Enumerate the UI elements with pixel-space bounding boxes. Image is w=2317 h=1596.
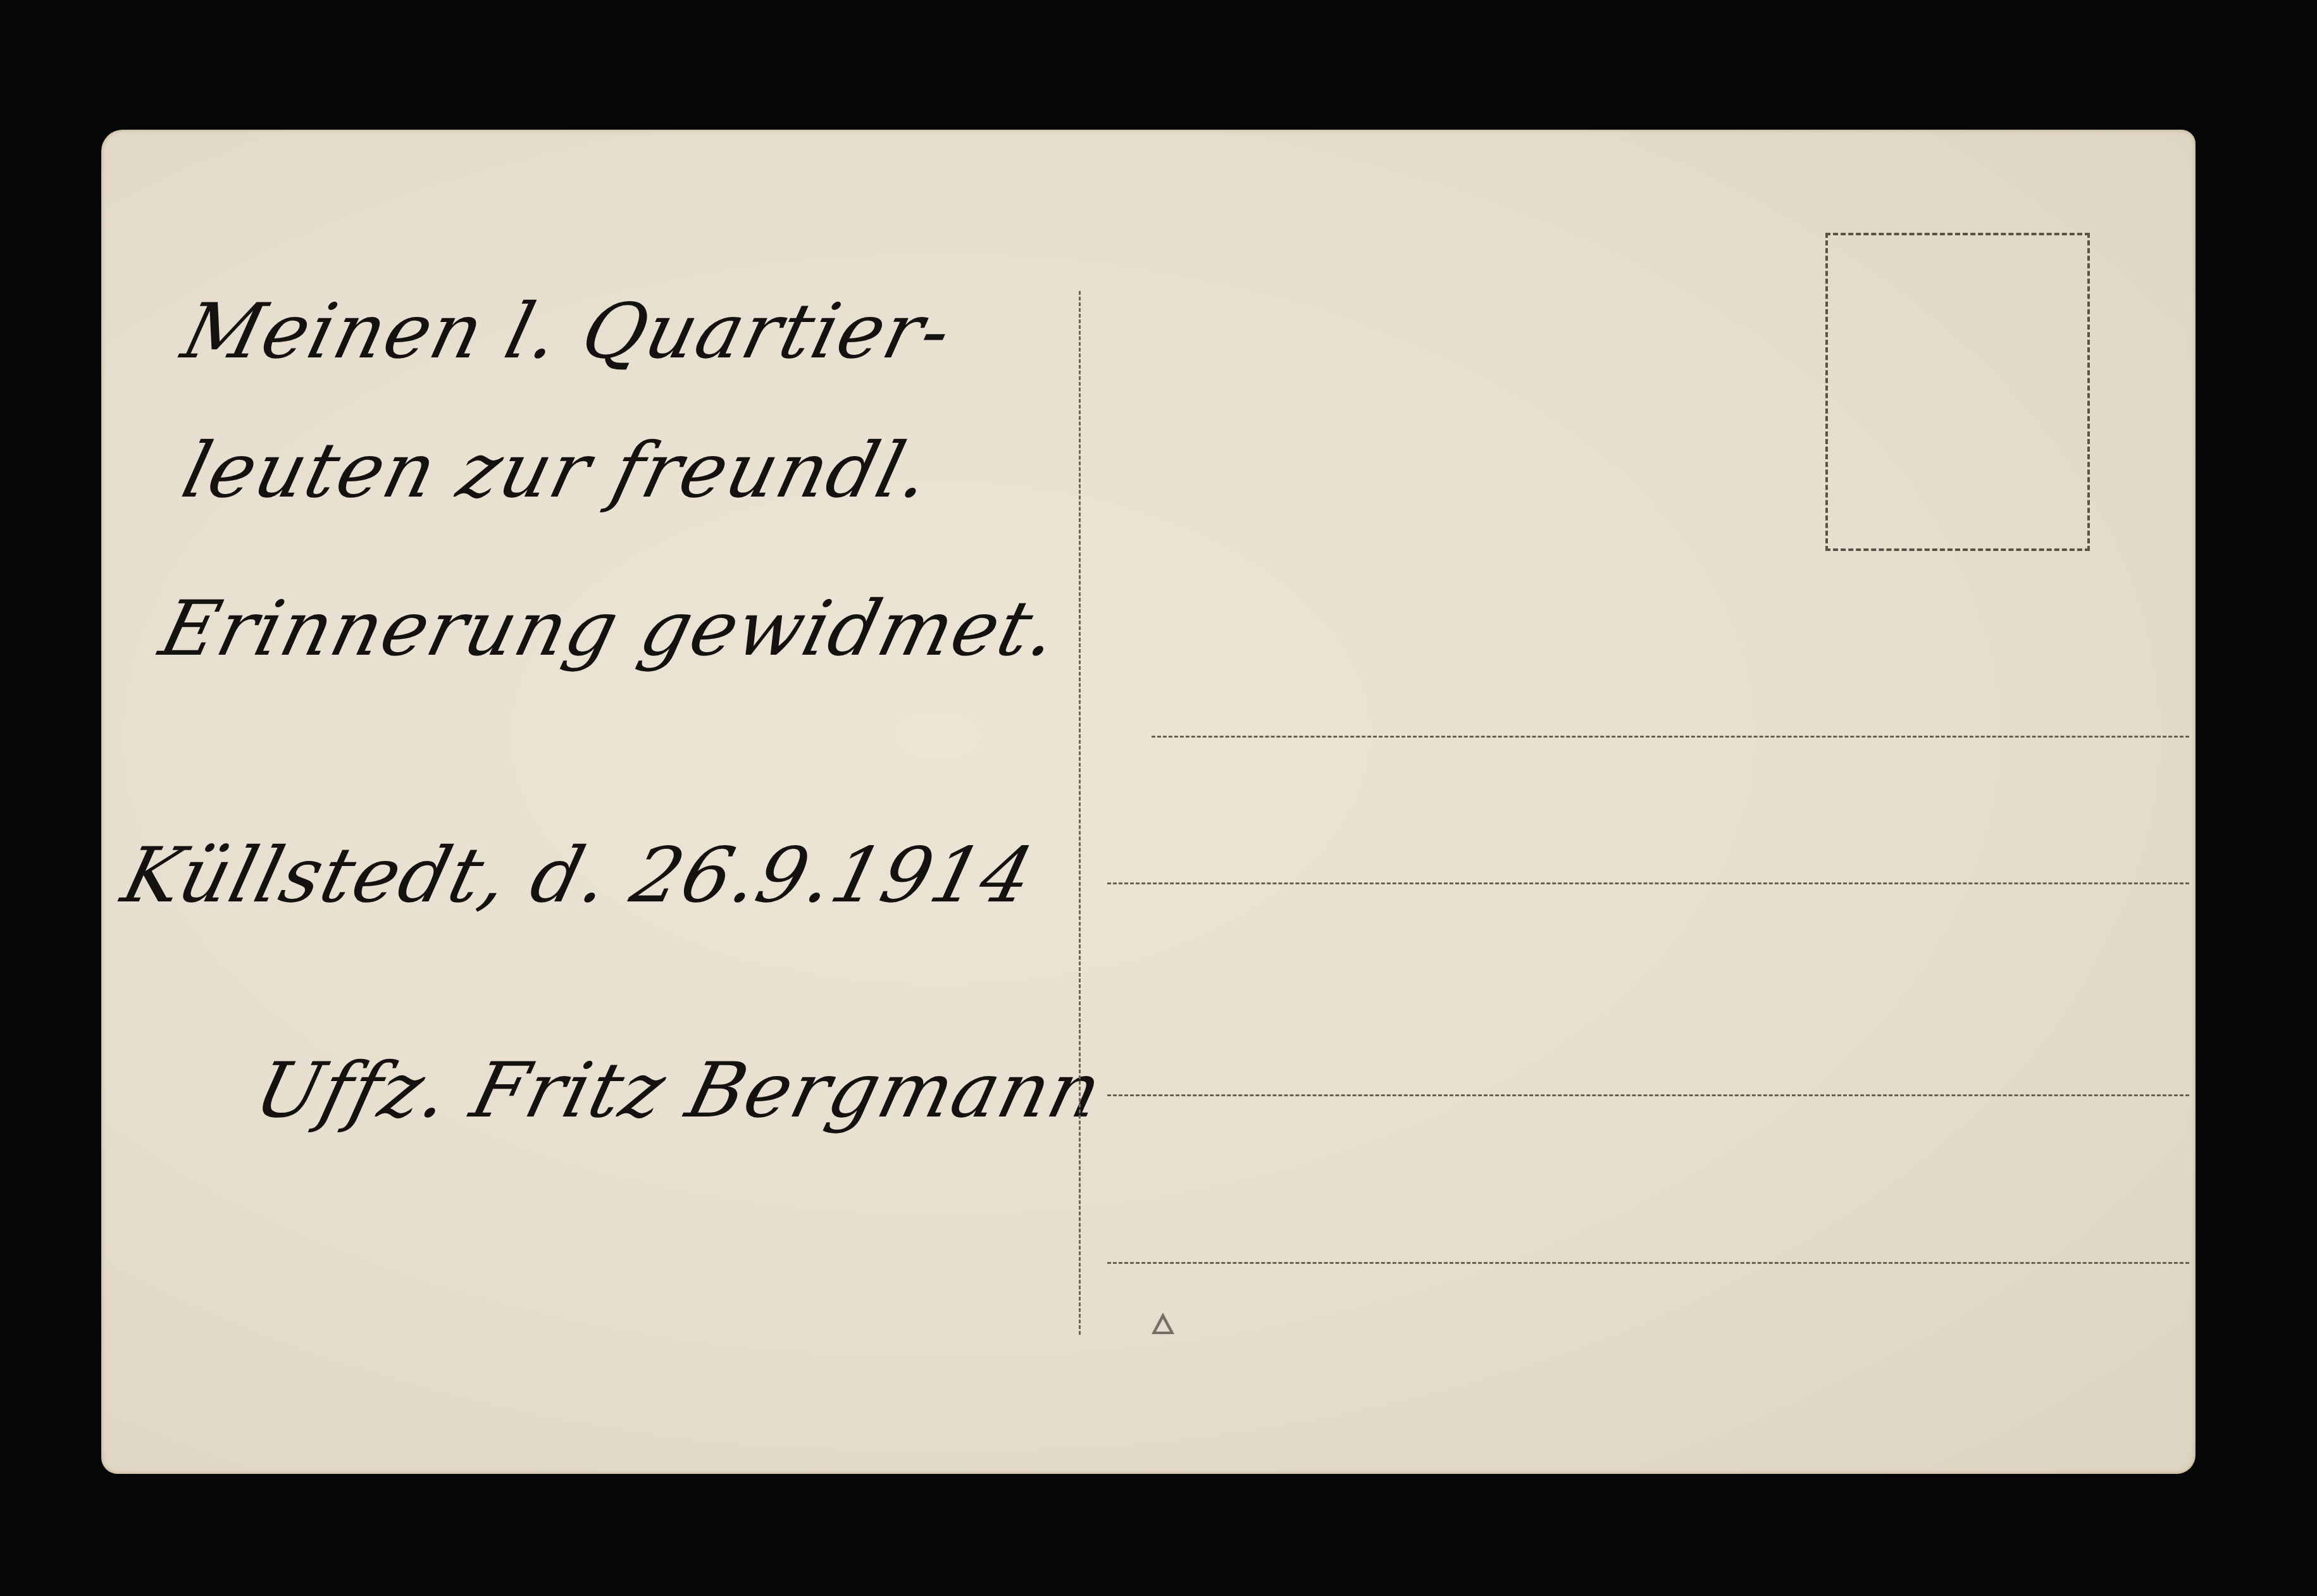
address-line-4 <box>1107 1262 2189 1264</box>
postcard: Meinen l. Quartier- leuten zur freundl. … <box>101 130 2196 1474</box>
message-line-1: Meinen l. Quartier- <box>174 288 960 376</box>
signature: Uffz. Fritz Bergmann <box>247 1047 1111 1135</box>
address-line-2 <box>1107 882 2189 884</box>
message-line-3: Erinnerung gewidmet. <box>152 585 1067 673</box>
center-divider <box>1079 291 1081 1335</box>
triangle-mark-icon <box>1152 1313 1174 1334</box>
message-line-2: leuten zur freundl. <box>174 427 940 515</box>
address-line-1 <box>1152 736 2189 738</box>
place-date: Küllstedt, d. 26.9.1914 <box>114 832 1043 920</box>
address-line-3 <box>1107 1094 2189 1096</box>
stamp-box <box>1825 233 2090 551</box>
